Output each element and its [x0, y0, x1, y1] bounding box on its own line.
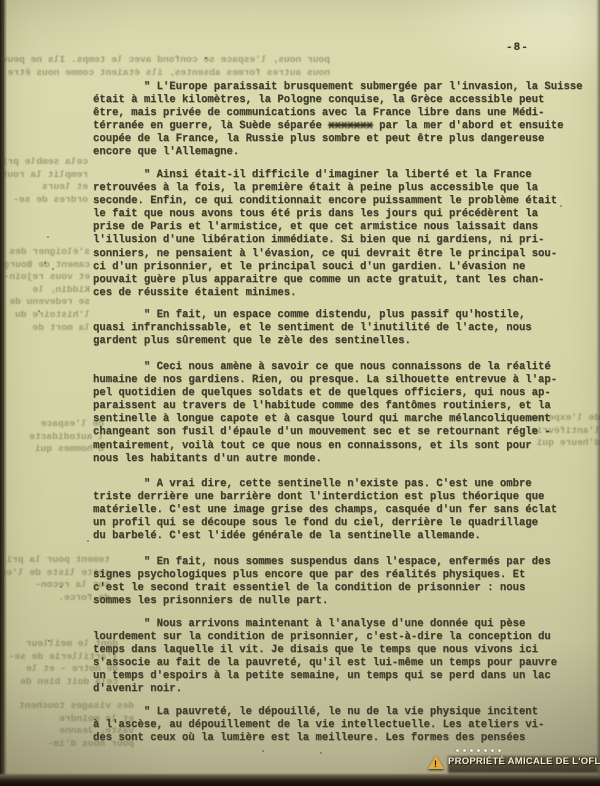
text-line: du barbelé. C'est l'idée générale de la …: [93, 530, 575, 543]
watermark-dot: [463, 749, 466, 752]
paragraph: " En fait, nous sommes suspendus dans l'…: [93, 556, 575, 608]
paper-speck: [87, 540, 89, 542]
text-line: d'avenir noir.: [93, 683, 575, 696]
text-line: lourdement sur la condition de prisonnie…: [93, 631, 575, 644]
text-line: " Ceci nous amène à savoir ce que nous c…: [93, 361, 575, 374]
text-line: sonniers, ne pensaient à l'évasion, ce q…: [93, 248, 575, 261]
bleedthrough-line: se redevenu de: [0, 296, 90, 309]
text-line: à l'ascèse, au dépouillement de la vie i…: [93, 719, 575, 732]
text-line: gardent plus sûrement que le zèle des se…: [93, 335, 575, 348]
paragraph: " Ceci nous amène à savoir ce que nous c…: [93, 361, 575, 466]
bleedthrough-text: cela semble prisonnremplit la routeet le…: [0, 156, 88, 206]
text-line: matérielle. C'est une image grise des ch…: [93, 504, 575, 517]
watermark-dot: [456, 749, 459, 752]
text-line: sentinelle à longue capote et à casque l…: [93, 413, 575, 426]
bleedthrough-line: la mort de: [0, 322, 90, 335]
paper-speck: [52, 268, 54, 270]
text-line: un temps d'espoirs à la petite semaine, …: [93, 670, 575, 683]
text-line: coupée de la France, la Russie plus somb…: [93, 133, 575, 146]
text-line: encore que l'Allemagne.: [93, 146, 575, 159]
text-line: des sont ceux où la lumière est la meill…: [93, 732, 575, 745]
text-line: " Ainsi était-il difficile d'imaginer la…: [93, 169, 575, 182]
text-line: ces de réussite étaient minimes.: [93, 287, 575, 300]
text-line: pouvait guère plus apparaitre que comme …: [93, 274, 575, 287]
bleedthrough-text: de l'espacel'autodidacted'hommes qui: [0, 418, 104, 456]
warning-triangle-icon: !: [428, 755, 444, 769]
text-line: sommes les prisonniers de nulle part.: [93, 595, 575, 608]
text-line: " En fait, nous sommes suspendus dans l'…: [93, 556, 575, 569]
bleedthrough-line: remplit la route: [0, 169, 88, 182]
text-line: triste derrière une barrière dont l'inte…: [93, 491, 575, 504]
text-line: nous les habitants d'un autre monde.: [93, 453, 575, 466]
watermark-dot: [498, 749, 501, 752]
watermark-dot: [477, 749, 480, 752]
text-line: s'associe au fait de la pauvreté, qu'il …: [93, 657, 575, 670]
text-line: mentairement, voilà tout ce que nous en …: [93, 440, 575, 453]
paper-speck: [228, 120, 230, 122]
text-line: c'est le second trait essentiel de la co…: [93, 582, 575, 595]
text-line: être, mais privée de communications avec…: [93, 107, 575, 120]
text-line: signes psychologiques plus encore que pa…: [93, 569, 575, 582]
bleedthrough-line: l'autodidacte: [0, 431, 104, 444]
text-line: " La pauvreté, le dépouillé, le nu de la…: [93, 706, 575, 719]
bleedthrough-line: s'éloigner des fron-: [0, 246, 90, 259]
paper-speck: [60, 586, 62, 588]
bleedthrough-line: cament de Bourges: [0, 259, 90, 272]
paper-speck: [205, 57, 207, 59]
text-line: paraissent au travers de l'habitude comm…: [93, 400, 575, 413]
text-line: un profil qui se découpe sous le fond du…: [93, 517, 575, 530]
text-line: " En fait, un espace comme distendu, plu…: [93, 309, 575, 322]
paragraph: " A vrai dire, cette sentinelle n'existe…: [93, 478, 575, 543]
paragraph: " La pauvreté, le dépouillé, le nu de la…: [93, 706, 575, 745]
text-line: le fait que nous avons tous été pris dan…: [93, 208, 575, 221]
watermark-label: PROPRIÉTÉ AMICALE DE L'OFLAG: [448, 756, 600, 768]
text-line: pel quotidien de quelques soldats et de …: [93, 387, 575, 400]
text-line: ci d'un prisonnier, et le principal souc…: [93, 261, 575, 274]
paper-speck: [560, 205, 562, 207]
paragraph: " Ainsi était-il difficile d'imaginer la…: [93, 169, 575, 300]
paper-speck: [38, 310, 40, 312]
paper-speck: [47, 236, 49, 238]
photo-edge-left: [0, 0, 7, 786]
text-line: retrouvées à la fois, la première était …: [93, 182, 575, 195]
watermark-dots: [456, 749, 501, 752]
text-line: térranée en guerre, la Suède séparée xxx…: [93, 120, 575, 133]
text-line: prise de Paris et l'armistice, et que ce…: [93, 221, 575, 234]
bleedthrough-text: pour nous, l'espace se confond avec le t…: [30, 54, 330, 79]
watermark-dot: [491, 749, 494, 752]
text-line: " L'Europe paraissait brusquement submer…: [93, 81, 575, 94]
text-line: temps dans laquelle il vit. Je disais qu…: [93, 644, 575, 657]
ownership-watermark: ! PROPRIÉTÉ AMICALE DE L'OFLAG: [428, 746, 598, 780]
bleedthrough-line: d'hommes qui: [0, 443, 104, 456]
bleedthrough-line: l'histoire du: [0, 309, 90, 322]
text-line: l'illusion d'une libération immédiate. S…: [93, 234, 575, 247]
bleedthrough-line: et vous rejoin-: [0, 271, 90, 284]
bleedthrough-line: ordres de se-: [0, 194, 88, 207]
paragraph: " Nous arrivons maintenant à l'analyse d…: [93, 618, 575, 697]
text-line: changeant son fusil d'épaule d'un mouvem…: [93, 426, 575, 439]
paragraph: " L'Europe paraissait brusquement submer…: [93, 81, 575, 160]
bleedthrough-line: et leurs: [0, 181, 88, 194]
bleedthrough-line: pour nous, l'espace se confond avec le t…: [30, 54, 330, 67]
watermark-dot: [484, 749, 487, 752]
paragraph: " En fait, un espace comme distendu, plu…: [93, 309, 575, 348]
bleedthrough-line: nous autres formes absentes, ils étaient…: [30, 67, 330, 80]
paper-speck: [48, 640, 50, 642]
paper-speck: [320, 752, 322, 754]
text-line: seconde. Enfin, ce qui conditionnait enc…: [93, 195, 575, 208]
text-line: était à mille kilomètres, la Pologne con…: [93, 94, 575, 107]
page-number: -8-: [506, 42, 529, 55]
bleedthrough-line: de l'espace: [0, 418, 104, 431]
document-body: -8- pour nous, l'espace se confond avec …: [0, 0, 600, 786]
watermark-dot: [470, 749, 473, 752]
text-line: " A vrai dire, cette sentinelle n'existe…: [93, 478, 575, 491]
text-line: quasi infranchissable, et le sentiment d…: [93, 322, 575, 335]
bleedthrough-line: cela semble prisonn: [0, 156, 88, 169]
text-line: " Nous arrivons maintenant à l'analyse d…: [93, 618, 575, 631]
paper-speck: [44, 262, 46, 264]
paper-speck: [262, 750, 264, 752]
bleedthrough-text: s'éloigner des fron-cament de Bourgeset …: [0, 246, 90, 334]
struck-out-word: xxxxxxx: [328, 120, 373, 132]
bleedthrough-line: Kiddin, le: [0, 284, 90, 297]
photo-edge-right: [596, 0, 600, 786]
text-line: humaine de nos gardiens. Rien, ou presqu…: [93, 374, 575, 387]
